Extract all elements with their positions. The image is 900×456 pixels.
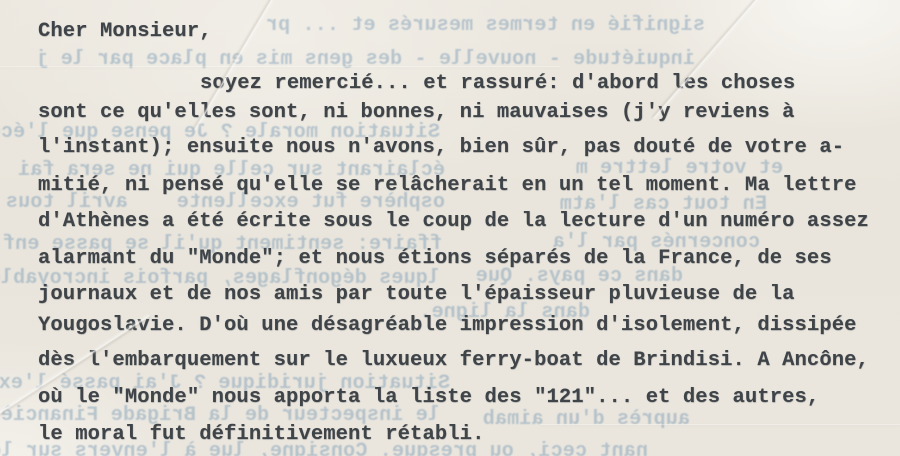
typed-line: où le "Monde" nous apporta la liste des …: [38, 386, 819, 411]
typed-line: dès l'embarquement sur le luxueux ferry-…: [38, 349, 869, 374]
salutation-line: Cher Monsieur,: [38, 20, 212, 45]
typed-line: Yougoslavie. D'où une désagréable impres…: [38, 314, 857, 339]
paper-crease-horizontal-upper: [0, 66, 560, 67]
letter-document: signifié en termes mesurés et ... prinqu…: [0, 0, 900, 456]
typed-line: alarmant du "Monde"; et nous étions sépa…: [38, 247, 832, 272]
typed-line: le moral fut définitivement rétabli.: [38, 423, 484, 448]
typed-line: journaux et de nos amis par toute l'épai…: [38, 283, 795, 308]
paper-crease-horizontal-lower: [540, 424, 900, 425]
typed-text-layer: Cher Monsieur,soyez remercié... et rassu…: [0, 0, 900, 456]
typed-line: sont ce qu'elles sont, ni bonnes, ni mau…: [38, 101, 795, 126]
typed-line: soyez remercié... et rassuré: d'abord le…: [200, 72, 795, 97]
typed-line: mitié, ni pensé qu'elle se relâcherait e…: [38, 174, 857, 199]
typed-line: d'Athènes a été écrite sous le coup de l…: [38, 210, 869, 235]
typed-line: l'instant); ensuite nous n'avons, bien s…: [38, 136, 844, 161]
